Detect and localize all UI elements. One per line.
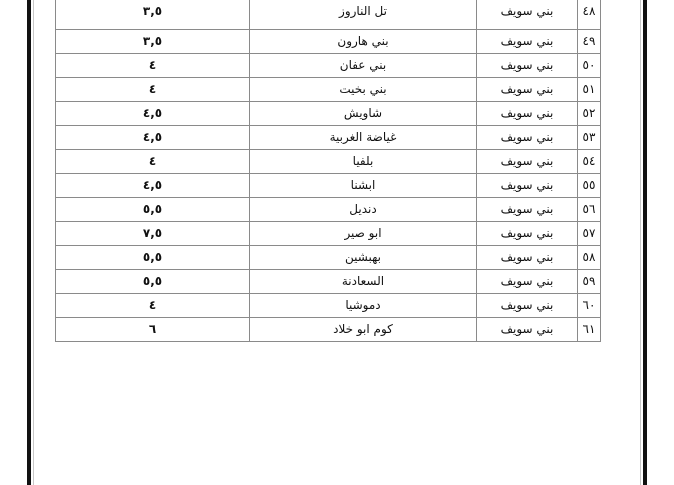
table-row: ٦١ بني سويف كوم ابو خلاد ٦: [56, 318, 601, 342]
value-cell: ٥,٥: [56, 270, 250, 294]
village-cell: السعادنة: [250, 270, 477, 294]
row-number: ٥٩: [578, 270, 601, 294]
row-number: ٤٨: [578, 0, 601, 30]
value-cell: ٤: [56, 294, 250, 318]
governorate-cell: بني سويف: [477, 126, 578, 150]
value-cell: ٤,٥: [56, 174, 250, 198]
table-row: ٥١ بني سويف بني بخيت ٤: [56, 78, 601, 102]
row-number: ٥٠: [578, 54, 601, 78]
governorate-cell: بني سويف: [477, 198, 578, 222]
village-cell: شاويش: [250, 102, 477, 126]
village-cell: بلفيا: [250, 150, 477, 174]
value-cell: ٤: [56, 150, 250, 174]
table-row: ٥٢ بني سويف شاويش ٤,٥: [56, 102, 601, 126]
governorate-cell: بني سويف: [477, 30, 578, 54]
governorate-cell: بني سويف: [477, 294, 578, 318]
row-number: ٦٠: [578, 294, 601, 318]
row-number: ٦١: [578, 318, 601, 342]
governorate-cell: بني سويف: [477, 270, 578, 294]
value-cell: ٤,٥: [56, 102, 250, 126]
governorate-cell: بني سويف: [477, 174, 578, 198]
table-row: ٦٠ بني سويف دموشيا ٤: [56, 294, 601, 318]
governorate-cell: بني سويف: [477, 318, 578, 342]
page-border-right-inner: [640, 0, 641, 485]
village-cell: ابشنا: [250, 174, 477, 198]
table-row: ٥٩ بني سويف السعادنة ٥,٥: [56, 270, 601, 294]
page-border-left-inner: [33, 0, 34, 485]
value-cell: ٤,٥: [56, 126, 250, 150]
value-cell: ٦: [56, 318, 250, 342]
row-number: ٥٨: [578, 246, 601, 270]
table-row: ٥٣ بني سويف غياضة الغربية ٤,٥: [56, 126, 601, 150]
value-cell: ٧,٥: [56, 222, 250, 246]
row-number: ٥٣: [578, 126, 601, 150]
table-row: ٥٥ بني سويف ابشنا ٤,٥: [56, 174, 601, 198]
village-cell: دنديل: [250, 198, 477, 222]
governorate-cell: بني سويف: [477, 78, 578, 102]
value-cell: ٤: [56, 54, 250, 78]
table-row: ٤٨ بني سويف تل الناروز ٣,٥: [56, 0, 601, 30]
village-cell: بهبشين: [250, 246, 477, 270]
value-cell: ٣,٥: [56, 30, 250, 54]
table-row: ٥٠ بني سويف بني عفان ٤: [56, 54, 601, 78]
value-cell: ٣,٥: [56, 0, 250, 30]
row-number: ٥٥: [578, 174, 601, 198]
page-border-left: [27, 0, 31, 485]
row-number: ٥٤: [578, 150, 601, 174]
village-cell: تل الناروز: [250, 0, 477, 30]
village-cell: دموشيا: [250, 294, 477, 318]
table-row: ٥٦ بني سويف دنديل ٥,٥: [56, 198, 601, 222]
value-cell: ٥,٥: [56, 198, 250, 222]
row-number: ٥٧: [578, 222, 601, 246]
governorate-cell: بني سويف: [477, 102, 578, 126]
village-cell: بني بخيت: [250, 78, 477, 102]
governorate-cell: بني سويف: [477, 222, 578, 246]
row-number: ٤٩: [578, 30, 601, 54]
village-cell: كوم ابو خلاد: [250, 318, 477, 342]
governorate-cell: بني سويف: [477, 246, 578, 270]
row-number: ٥٢: [578, 102, 601, 126]
village-cell: بني عفان: [250, 54, 477, 78]
table-row: ٥٧ بني سويف ابو صير ٧,٥: [56, 222, 601, 246]
page-border-right: [643, 0, 647, 485]
table-row: ٥٨ بني سويف بهبشين ٥,٥: [56, 246, 601, 270]
governorate-cell: بني سويف: [477, 0, 578, 30]
value-cell: ٤: [56, 78, 250, 102]
village-cell: ابو صير: [250, 222, 477, 246]
village-cell: بني هارون: [250, 30, 477, 54]
governorate-cell: بني سويف: [477, 150, 578, 174]
row-number: ٥١: [578, 78, 601, 102]
table-row: ٥٤ بني سويف بلفيا ٤: [56, 150, 601, 174]
villages-table: ٤٨ بني سويف تل الناروز ٣,٥ ٤٩ بني سويف ب…: [55, 0, 601, 342]
row-number: ٥٦: [578, 198, 601, 222]
table-row: ٤٩ بني سويف بني هارون ٣,٥: [56, 30, 601, 54]
village-cell: غياضة الغربية: [250, 126, 477, 150]
governorate-cell: بني سويف: [477, 54, 578, 78]
value-cell: ٥,٥: [56, 246, 250, 270]
